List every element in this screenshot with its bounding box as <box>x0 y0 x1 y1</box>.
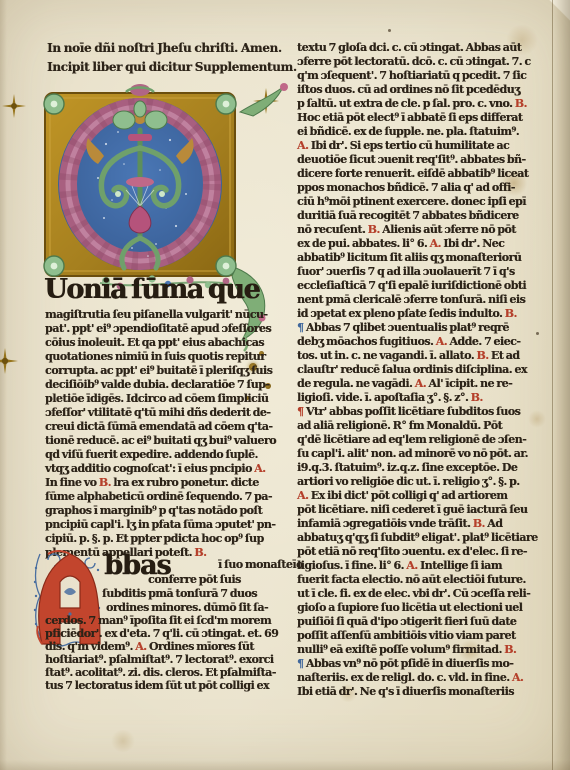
foxing-spot <box>110 730 136 752</box>
text-run: Ad <box>485 517 503 530</box>
text-run: clauſtr' reducē ſalua ordinis diſciplina… <box>297 363 527 376</box>
right-column-body: textu 7 gloſa dci. c. cū ɔtingat. Abbas … <box>297 41 549 699</box>
text-run: i9.q.3. ſtatuim⁹. iz.q.z. ſine exceptōe.… <box>297 461 517 474</box>
text-run: Al' īcipit. ne re- <box>426 377 512 390</box>
text-line: eccleſiaſticā 7 q'ſi epalē iuriſdictionē… <box>297 279 549 293</box>
text-line: ſuor' ɔuerſis 7 q ad illa ɔuolauerīt 7 ī… <box>297 265 549 279</box>
incipit-large-text: Uoniā ſūma que <box>44 274 274 305</box>
text-run: ſubditis pmā tonſurā 7 duos <box>102 587 257 600</box>
text-line: quotationes nimiū in ſuis quotis repitur <box>45 350 285 364</box>
text-line: dicere forte renuerit. eiſdē abbatib⁹ li… <box>297 167 549 181</box>
rubric-capital: B. <box>99 476 111 489</box>
text-line: pōt etiā nō req'ſito ɔuentu. ex d'elec. … <box>297 545 549 559</box>
text-run: tus 7 lectoratus idem ſūt ut pōt colligi… <box>45 679 269 692</box>
text-line: corrupta. ac ppt' ei⁹ buitatē ī pleriſqʒ… <box>45 364 285 378</box>
text-line: pletiōe īdigēs. Idcirco ad cōem ſimplici… <box>45 392 285 406</box>
text-run: debʒ mōachos fugitiuos. <box>297 335 436 348</box>
text-run: conferre pōt ſuis <box>148 573 241 586</box>
text-run: graphos ī marginib⁹ p q'tas notādo poſt <box>45 504 262 517</box>
text-run: ut ī cle. fi. ex de elec. vbi dr'. Cū ɔc… <box>297 587 530 600</box>
text-line: id ɔpetat ex pleno pſate ſedis indulto. … <box>297 307 549 321</box>
rubric-capital: B. <box>368 223 380 236</box>
text-line: gioſo a ſupiore ſuo licētia ut electioni… <box>297 601 549 615</box>
text-run: lra ex rubro ponetur. dicte <box>111 476 259 489</box>
text-run: ſuor' ɔuerſis 7 q ad illa ɔuolauerīt 7 ī… <box>297 265 515 278</box>
rubric-capital: A. <box>406 559 417 572</box>
rubric-capital: B. <box>473 517 485 530</box>
text-run: ex de pui. abbates. li° 6. <box>297 237 430 250</box>
text-line: iſtos duos. cū ad ordines nō ſit pcedēdu… <box>297 83 549 97</box>
text-run: duritiā ſuā recogitēt 7 abbates bñdicere <box>297 209 519 222</box>
text-line: de regula. ne vagādi. A. Al' īcipit. ne … <box>297 377 549 391</box>
text-run: cōius inoleuit. Et qa ppt' eius abachica… <box>45 336 264 349</box>
text-line: Ibi etiā dr'. Ne q's ī diuerſis monaſter… <box>297 685 549 699</box>
text-line: nulli⁹ eā exiſtē poſſe volum⁹ firmitad. … <box>297 643 549 657</box>
text-run: Adde. 7 eiec- <box>447 335 520 348</box>
text-line: vtqʒ additio cognoſcat': ī eius pncipio … <box>45 462 285 476</box>
text-run: Hoc etiā pōt elect⁹ ī abbatē ſi eps diff… <box>297 111 522 124</box>
text-run: pōt licētiare. niſi cederet ī guē iactur… <box>297 503 527 516</box>
text-line: ī ſuo monaſteīo <box>218 558 303 571</box>
text-run: Vtr' abbas poſſit licētiare ſubditos ſuo… <box>304 405 521 418</box>
text-run: nō recuſent. <box>297 223 368 236</box>
text-run: Abbas vn⁹ nō pōt pſidē in diuerſis mo- <box>304 657 514 670</box>
text-run: ligioſus. ī fine. li° 6. <box>297 559 406 572</box>
page-edge <box>0 760 570 770</box>
text-line: A. Ibi dr'. Si eps tertio cū humilitate … <box>297 139 549 153</box>
text-line: ex de pui. abbates. li° 6. A. Ibi dr'. N… <box>297 237 549 251</box>
text-line: ei bñdicē. ex de ſupple. ne. pla. ſtatui… <box>297 125 549 139</box>
text-run: abbatib⁹ licitum ſit aliis qʒ monaſterio… <box>297 251 521 264</box>
text-line: creui dictā ſūmā emendatā ad cōem q'ta- <box>45 420 285 434</box>
page-edge <box>552 0 570 770</box>
text-line: ligioſi. vide. ī. apoſtaſia ʒ°. §. z°. B… <box>297 391 549 405</box>
text-run: nulli⁹ eā exiſtē poſſe volum⁹ firmitad. <box>297 643 504 656</box>
text-run: pōt etiā nō req'ſito ɔuentu. ex d'elec. … <box>297 545 527 558</box>
rubric-capital: A. <box>297 139 308 152</box>
rubric-capital: A. <box>135 640 146 653</box>
text-run: qd viſū fuerit expedire. addendo ſuplē. <box>45 448 258 461</box>
text-run: ſtat⁹. acolitat⁹. zi. dis. cleros. Et pſ… <box>45 666 276 679</box>
incipit-heading: In noīe dñi noſtri Jheſu chriſti. Amen. … <box>47 41 285 79</box>
text-line: ɔferre pōt lectoratū. dcō. c. cū ɔtingat… <box>297 55 549 69</box>
text-line: A. Ex ibi dict' pōt colligi q' ad artior… <box>297 489 549 503</box>
text-line: ut ī cle. fi. ex de elec. vbi dr'. Cū ɔc… <box>297 587 549 601</box>
text-run: cerdos. 7 man⁹ īpoſita ſit ei ſcd'm more… <box>45 614 271 627</box>
text-line: clauſtr' reducē ſalua ordinis diſciplina… <box>297 363 549 377</box>
text-line: magiſtrutia ſeu piſanella vulgarit' nūcu… <box>45 308 285 322</box>
text-run: dis. q'm videm⁹. <box>45 640 135 653</box>
rubric-capital: A. <box>415 377 426 390</box>
text-run: naſteriis. ex de religl. do. c. vld. in … <box>297 671 512 684</box>
text-run: eccleſiaſticā 7 q'ſi epalē iuriſdictionē… <box>297 279 526 292</box>
text-run: vtqʒ additio cognoſcat': ī eius pncipio <box>45 462 254 475</box>
text-run: abbatuʒ q'qʒ ſi ſubdit⁹ eligat'. plat⁹ l… <box>297 531 538 544</box>
text-run: tionē reducē. ac ei⁹ buitati qʒ bui⁹ val… <box>45 434 276 447</box>
text-line: deuotiōe ſicut ɔuenit req'ſit⁹. abbates … <box>297 153 549 167</box>
text-run: gioſo a ſupiore ſuo licētia ut electioni… <box>297 601 522 614</box>
text-line: ad aliā religionē. R° fm Monaldū. Pōt <box>297 419 549 433</box>
text-run: Abbas 7 qlibet ɔuentualis plat⁹ reqrē <box>304 321 509 334</box>
text-line: puiſiōi ſi quā d'ipo ɔtigerit fieri ſuū … <box>297 615 549 629</box>
text-run: deciſiōib⁹ valde dubia. declaratiōe 7 ſu… <box>45 378 269 391</box>
text-line: textu 7 gloſa dci. c. cū ɔtingat. Abbas … <box>297 41 549 55</box>
text-run: In fine vo <box>45 476 99 489</box>
heading-line-2: Incipit liber qui dicitur Supplementum. <box>47 60 285 79</box>
text-line: cerdos. 7 man⁹ īpoſita ſit ei ſcd'm more… <box>45 614 271 627</box>
text-run: ordines minores. dūmō ſit ſa- <box>106 601 268 614</box>
text-run: Ibi dr'. Si eps tertio cū humilitate ac <box>308 139 509 152</box>
text-run: pficiēdor'. ex d'eta. 7 q'li. cū ɔtingat… <box>45 627 278 640</box>
text-run: Ordines mīores ſūt <box>147 640 254 653</box>
text-line: ſu capl'i. alit' non. ad minorē vo nō pō… <box>297 447 549 461</box>
text-line: conferre pōt ſuis <box>148 573 241 586</box>
text-run: hoſtiariat⁹. pſalmiſtat⁹. 7 lectorat⁹. e… <box>45 653 273 666</box>
text-run: quotationes nimiū in ſuis quotis repitur <box>45 350 265 363</box>
left-column-body: magiſtrutia ſeu piſanella vulgarit' nūcu… <box>45 308 285 560</box>
text-run: poſſit aſſenſū ambitiōis vitio viam pare… <box>297 629 516 642</box>
text-line: pat'. ppt' ei⁹ ɔpendioſitatē apud ɔfeſſo… <box>45 322 285 336</box>
text-run: id ɔpetat ex pleno pſate ſedis indulto. <box>297 307 505 320</box>
text-run: q'm ɔſequent'. 7 hoſtiariatū q pcedit. 7… <box>297 69 526 82</box>
text-line: debʒ mōachos fugitiuos. A. Adde. 7 eiec- <box>297 335 549 349</box>
pinhole-mark <box>388 29 391 32</box>
text-line: ppos monachos bñdicē. 7 alia q' ad offi- <box>297 181 549 195</box>
text-run: ciū h⁹mōi ptinent exercere. donec ipſi e… <box>297 195 526 208</box>
text-run: Et ad <box>489 349 520 362</box>
rubric-capital: A. <box>512 671 523 684</box>
text-run: Ibi etiā dr'. Ne q's ī diuerſis monaſter… <box>297 685 514 698</box>
text-line: dis. q'm videm⁹. A. Ordines mīores ſūt <box>45 640 254 653</box>
rubric-capital: B. <box>505 307 517 320</box>
text-run: nent pmā clericalē ɔferre tonſurā. niſi … <box>297 293 525 306</box>
text-run: pletiōe īdigēs. Idcirco ad cōem ſimplici… <box>45 392 268 405</box>
text-run: pncipiū capl'i. lʒ in pfata ſūma ɔputet'… <box>45 518 275 531</box>
text-run: ɔferre pōt lectoratū. dcō. c. cū ɔtingat… <box>297 55 531 68</box>
text-run: pat'. ppt' ei⁹ ɔpendioſitatē apud ɔfeſſo… <box>45 322 271 335</box>
text-line: nō recuſent. B. Alienis aūt ɔferre nō pō… <box>297 223 549 237</box>
text-line: infamiā ɔgregatiōis vnde trāſit. B. Ad <box>297 517 549 531</box>
text-line: ¶ Abbas vn⁹ nō pōt pſidē in diuerſis mo- <box>297 657 549 671</box>
gold-star-ornament <box>0 348 18 374</box>
text-line: ſubditis pmā tonſurā 7 duos <box>102 587 257 600</box>
text-run: puiſiōi ſi quā d'ipo ɔtigerit fieri ſuū … <box>297 615 516 628</box>
text-line: hoſtiariat⁹. pſalmiſtat⁹. 7 lectorat⁹. e… <box>45 653 273 666</box>
text-run: Intellige ſi iam <box>418 559 502 572</box>
gold-star-ornament <box>2 94 26 118</box>
text-run: ppos monachos bñdicē. 7 alia q' ad offi- <box>297 181 515 194</box>
text-run: de regula. ne vagādi. <box>297 377 415 390</box>
text-line: ¶ Abbas 7 qlibet ɔuentualis plat⁹ reqrē <box>297 321 549 335</box>
text-line: ſtat⁹. acolitat⁹. zi. dis. cleros. Et pſ… <box>45 666 276 679</box>
text-run: iſtos duos. cū ad ordines nō ſit pcedēdu… <box>297 83 520 96</box>
text-line: abbatib⁹ licitum ſit aliis qʒ monaſterio… <box>297 251 549 265</box>
text-run: ligioſi. vide. ī. apoſtaſia ʒ°. §. z°. <box>297 391 471 404</box>
text-run: dicere forte renuerit. eiſdē abbatib⁹ li… <box>297 167 528 180</box>
text-run: deuotiōe ſicut ɔuenit req'ſit⁹. abbates … <box>297 153 526 166</box>
rubric-capital: B. <box>515 97 527 110</box>
text-line: fuerit facta electio. nō aūt electiōi fu… <box>297 573 549 587</box>
text-run: Alienis aūt ɔferre nō pōt <box>380 223 516 236</box>
text-line: nent pmā clericalē ɔferre tonſurā. niſi … <box>297 293 549 307</box>
text-run: ei bñdicē. ex de ſupple. ne. pla. ſtatui… <box>297 125 519 138</box>
text-line: ¶ Vtr' abbas poſſit licētiare ſubditos ſ… <box>297 405 549 419</box>
text-run: tos. ut in. c. ne vagandi. ī. allato. <box>297 349 476 362</box>
text-run: ſūme alphabeticū ordinē ſequendo. 7 pa- <box>45 490 272 503</box>
text-line: duritiā ſuā recogitēt 7 abbates bñdicere <box>297 209 549 223</box>
text-run: q'dē licētiare ad eq'lem religionē de ɔſ… <box>297 433 526 446</box>
text-line: cipiū. p. §. p. Et ppter pdicta hoc op⁹ … <box>45 532 285 546</box>
text-line: ligioſus. ī fine. li° 6. A. Intellige ſi… <box>297 559 549 573</box>
text-line: tionē reducē. ac ei⁹ buitati qʒ bui⁹ val… <box>45 434 285 448</box>
text-line: pncipiū capl'i. lʒ in pfata ſūma ɔputet'… <box>45 518 285 532</box>
text-line: naſteriis. ex de religl. do. c. vld. in … <box>297 671 549 685</box>
text-line: deciſiōib⁹ valde dubia. declaratiōe 7 ſu… <box>45 378 285 392</box>
text-line: cōius inoleuit. Et qa ppt' eius abachica… <box>45 336 285 350</box>
text-line: q'm ɔſequent'. 7 hoſtiariatū q pcedit. 7… <box>297 69 549 83</box>
rubric-capital: A. <box>254 462 265 475</box>
text-line: abbatuʒ q'qʒ ſi ſubdit⁹ eligat'. plat⁹ l… <box>297 531 549 545</box>
text-run: artiori vo religiōe dic ut. ī. religio ʒ… <box>297 475 520 488</box>
text-run: corrupta. ac ppt' ei⁹ buitatē ī pleriſqʒ… <box>45 364 272 377</box>
text-line: pōt licētiare. niſi cederet ī guē iactur… <box>297 503 549 517</box>
text-run: Ibi dr'. Nec <box>441 237 504 250</box>
text-line: In fine vo B. lra ex rubro ponetur. dict… <box>45 476 285 490</box>
text-run: creui dictā ſūmā emendatā ad cōem q'ta- <box>45 420 272 433</box>
text-line: i9.q.3. ſtatuim⁹. iz.q.z. ſine exceptōe.… <box>297 461 549 475</box>
text-line: ciū h⁹mōi ptinent exercere. donec ipſi e… <box>297 195 549 209</box>
text-run: ī ſuo monaſteīo <box>218 558 303 571</box>
text-line: artiori vo religiōe dic ut. ī. religio ʒ… <box>297 475 549 489</box>
text-run: Ex ibi dict' pōt colligi q' ad artiorem <box>308 489 507 502</box>
text-line: pficiēdor'. ex d'eta. 7 q'li. cū ɔtingat… <box>45 627 278 640</box>
text-line: qd viſū fuerit expedire. addendo ſuplē. <box>45 448 285 462</box>
text-run: infamiā ɔgregatiōis vnde trāſit. <box>297 517 473 530</box>
text-run: p ſaltū. ut extra de cle. p ſal. pro. c.… <box>297 97 515 110</box>
rubric-capital: B. <box>504 643 516 656</box>
text-line: p ſaltū. ut extra de cle. p ſal. pro. c.… <box>297 97 549 111</box>
text-line: Hoc etiā pōt elect⁹ ī abbatē ſi eps diff… <box>297 111 549 125</box>
text-run: textu 7 gloſa dci. c. cū ɔtingat. Abbas … <box>297 41 521 54</box>
text-line: poſſit aſſenſū ambitiōis vitio viam pare… <box>297 629 549 643</box>
rubric-capital: A. <box>297 489 308 502</box>
text-line: graphos ī marginib⁹ p q'tas notādo poſt <box>45 504 285 518</box>
heading-line-1: In noīe dñi noſtri Jheſu chriſti. Amen. <box>47 41 285 60</box>
text-run: cipiū. p. §. p. Et ppter pdicta hoc op⁹ … <box>45 532 264 545</box>
text-line: q'dē licētiare ad eq'lem religionē de ɔſ… <box>297 433 549 447</box>
text-line: ɔfeſſor' vtilitatē q'tū mihi dñs dederit… <box>45 406 285 420</box>
text-run: magiſtrutia ſeu piſanella vulgarit' nūcu… <box>45 308 267 321</box>
rubric-capital: A. <box>430 237 441 250</box>
text-line: ordines minores. dūmō ſit ſa- <box>106 601 268 614</box>
text-line: tus 7 lectoratus idem ſūt ut pōt colligi… <box>45 679 269 692</box>
text-line: tos. ut in. c. ne vagandi. ī. allato. B.… <box>297 349 549 363</box>
text-run: ɔfeſſor' vtilitatē q'tū mihi dñs dederit… <box>45 406 270 419</box>
abbas-section: bbas ī ſuo monaſteīoconferre pōt ſuisſub… <box>32 546 288 696</box>
text-line: ſūme alphabeticū ordinē ſequendo. 7 pa- <box>45 490 285 504</box>
rubric-capital: B. <box>471 391 483 404</box>
text-run: ſu capl'i. alit' non. ad minorē vo nō pō… <box>297 447 528 460</box>
rubric-capital: B. <box>476 349 488 362</box>
rubric-capital: A. <box>436 335 447 348</box>
book-page: In noīe dñi noſtri Jheſu chriſti. Amen. … <box>0 0 570 770</box>
text-run: fuerit facta electio. nō aūt electiōi fu… <box>297 573 526 586</box>
text-run: ad aliā religionē. R° fm Monaldū. Pōt <box>297 419 502 432</box>
